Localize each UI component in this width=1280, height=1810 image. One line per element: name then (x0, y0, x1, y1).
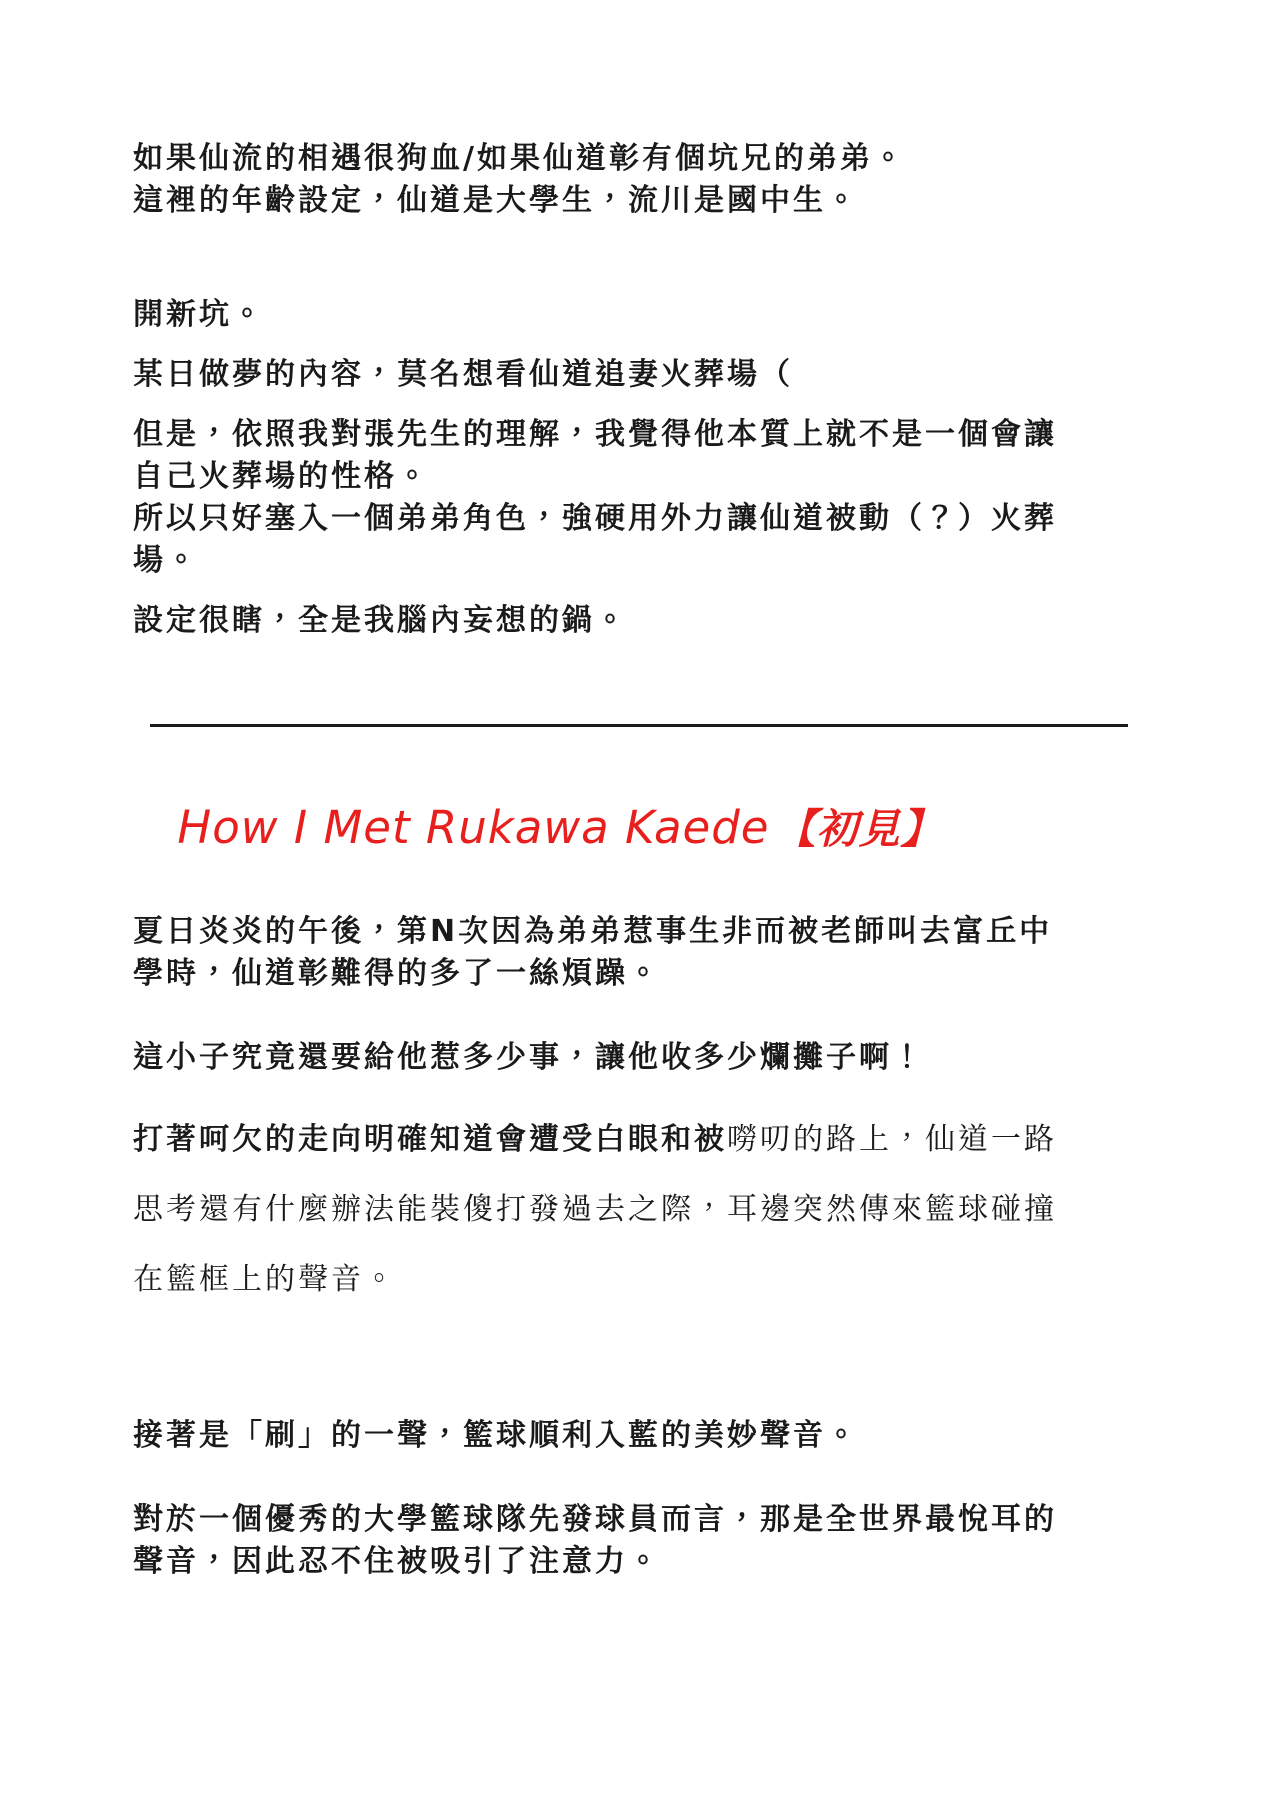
story-p1-line1: 夏日炎炎的午後，第N次因為弟弟惹事生非而被老師叫去富丘中 (133, 911, 1147, 953)
note-new-pit-line: 開新坑。 (133, 294, 1147, 336)
story-paragraph-1: 夏日炎炎的午後，第N次因為弟弟惹事生非而被老師叫去富丘中 學時，仙道彰難得的多了… (133, 911, 1147, 995)
story-p3-line3: 在籃框上的聲音。 (133, 1245, 1147, 1315)
note-dream-line: 某日做夢的內容，莫名想看仙道追妻火葬場（ (133, 354, 1147, 396)
chapter-title-cjk: 【初見】 (775, 805, 943, 853)
section-divider (150, 724, 1128, 727)
story-p5-line1: 對於一個優秀的大學籃球隊先發球員而言，那是全世界最悅耳的 (133, 1499, 1147, 1541)
story-p3-line1: 打著呵欠的走向明確知道會遭受白眼和被嘮叨的路上，仙道一路 (133, 1105, 1147, 1175)
note-reasoning-line1: 但是，依照我對張先生的理解，我覺得他本質上就不是一個會讓 (133, 414, 1147, 456)
story-p3-line2: 思考還有什麼辦法能裝傻打發過去之際，耳邊突然傳來籃球碰撞 (133, 1175, 1147, 1245)
story-p5-line2: 聲音，因此忍不住被吸引了注意力。 (133, 1541, 1147, 1583)
chapter-title: How I Met Rukawa Kaede 【初見】 (133, 793, 987, 873)
story-paragraph-2: 這小子究竟還要給他惹多少事，讓他收多少爛攤子啊！ (133, 1037, 1147, 1079)
note-reasoning-line4: 場。 (133, 540, 1147, 582)
story-paragraph-5: 對於一個優秀的大學籃球隊先發球員而言，那是全世界最悅耳的 聲音，因此忍不住被吸引… (133, 1499, 1147, 1583)
note-reasoning-line2: 自己火葬場的性格。 (133, 456, 1147, 498)
story-body: 夏日炎炎的午後，第N次因為弟弟惹事生非而被老師叫去富丘中 學時，仙道彰難得的多了… (133, 911, 1147, 1583)
story-paragraph-3: 打著呵欠的走向明確知道會遭受白眼和被嘮叨的路上，仙道一路 思考還有什麼辦法能裝傻… (133, 1105, 1147, 1315)
story-p1-line2: 學時，仙道彰難得的多了一絲煩躁。 (133, 953, 1147, 995)
story-p3-line1-bold-segment: 打著呵欠的走向明確知道會遭受白眼和被 (133, 1122, 727, 1157)
document-page: 如果仙流的相遇很狗血/如果仙道彰有個坑兄的弟弟。 這裡的年齡設定，仙道是大學生，… (0, 0, 1280, 1810)
story-p2-line1: 這小子究竟還要給他惹多少事，讓他收多少爛攤子啊！ (133, 1037, 1147, 1079)
note-age-setting-line: 這裡的年齡設定，仙道是大學生，流川是國中生。 (133, 180, 1147, 222)
author-notes: 如果仙流的相遇很狗血/如果仙道彰有個坑兄的弟弟。 這裡的年齡設定，仙道是大學生，… (133, 138, 1147, 642)
note-reasoning-line3: 所以只好塞入一個弟弟角色，強硬用外力讓仙道被動（？）火葬 (133, 498, 1147, 540)
note-disclaimer-line: 設定很瞎，全是我腦內妄想的鍋。 (133, 600, 1147, 642)
note-reasoning-paragraph: 但是，依照我對張先生的理解，我覺得他本質上就不是一個會讓 自己火葬場的性格。 所… (133, 414, 1147, 582)
story-p4-line1: 接著是「刷」的一聲，籃球順利入藍的美妙聲音。 (133, 1415, 1147, 1457)
note-premise-line: 如果仙流的相遇很狗血/如果仙道彰有個坑兄的弟弟。 (133, 138, 1147, 180)
story-p3-line1-light-segment: 嘮叨的路上，仙道一路 (727, 1122, 1057, 1157)
story-paragraph-4: 接著是「刷」的一聲，籃球順利入藍的美妙聲音。 (133, 1415, 1147, 1457)
chapter-title-english: How I Met Rukawa Kaede (177, 801, 769, 854)
